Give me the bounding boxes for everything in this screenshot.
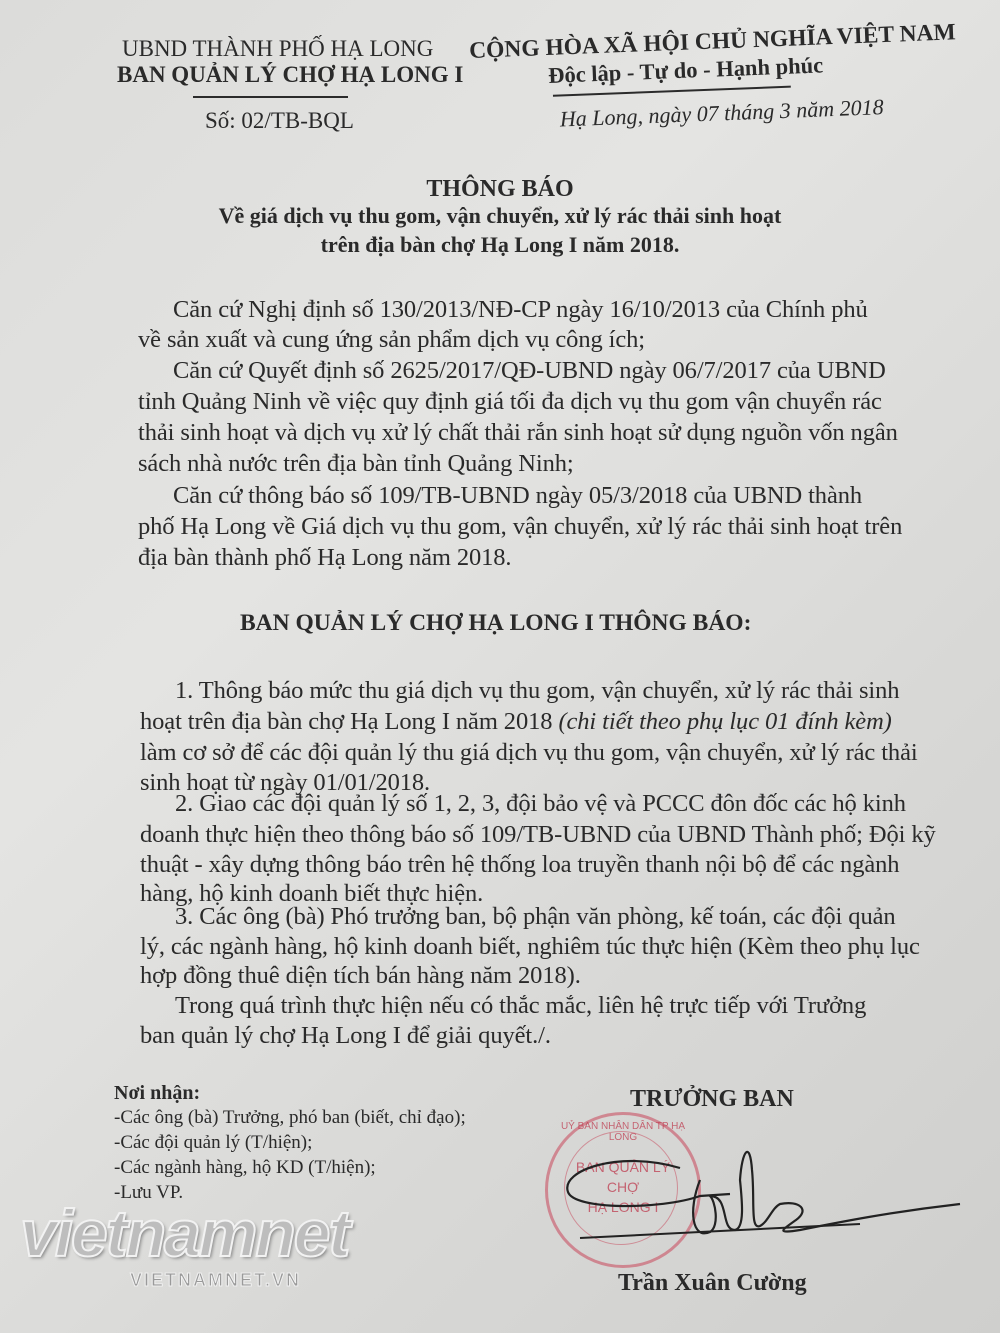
signer-name: Trần Xuân Cường (618, 1270, 807, 1297)
issuing-authority: UBND THÀNH PHỐ HẠ LONG (122, 36, 433, 62)
preamble-2-line3: thải sinh hoạt và dịch vụ xử lý chất thả… (138, 419, 898, 447)
item3-line2: lý, các ngành hàng, hộ kinh doanh biết, … (140, 933, 920, 961)
handwritten-signature (560, 1130, 1000, 1250)
closing-line1: Trong quá trình thực hiện nếu có thắc mắ… (175, 992, 866, 1020)
announcement-heading: BAN QUẢN LÝ CHỢ HẠ LONG I THÔNG BÁO: (240, 610, 751, 637)
vietnamnet-watermark-url: VIETNAMNET.VN (130, 1270, 301, 1291)
item1-appendix-note: (chi tiết theo phụ lục 01 đính kèm) (558, 708, 891, 735)
item1-line3: làm cơ sở để các đội quản lý thu giá dịc… (140, 739, 918, 767)
issuing-organization: BAN QUẢN LÝ CHỢ HẠ LONG I (117, 62, 463, 88)
preamble-3-line2: phố Hạ Long về Giá dịch vụ thu gom, vận … (138, 513, 902, 541)
item1-line2: hoạt trên địa bàn chợ Hạ Long I năm 2018… (140, 708, 892, 736)
document-subtitle-line2: trên địa bàn chợ Hạ Long I năm 2018. (0, 232, 1000, 258)
recipient-item: -Các đội quản lý (T/hiện); (114, 1132, 312, 1154)
item3-line1: 3. Các ông (bà) Phó trưởng ban, bộ phận … (175, 903, 896, 931)
place-date: Hạ Long, ngày 07 tháng 3 năm 2018 (559, 94, 884, 132)
recipient-item: -Các ông (bà) Trưởng, phó ban (biết, chỉ… (114, 1107, 466, 1129)
signer-position: TRƯỞNG BAN (630, 1086, 794, 1113)
recipient-item: -Các ngành hàng, hộ KD (T/hiện); (114, 1157, 376, 1179)
document-title: THÔNG BÁO (0, 176, 1000, 203)
document-number: Số: 02/TB-BQL (205, 108, 354, 134)
item1-line1: 1. Thông báo mức thu giá dịch vụ thu gom… (175, 677, 899, 705)
item1-line2-text: hoạt trên địa bàn chợ Hạ Long I năm 2018 (140, 708, 558, 735)
preamble-2-line2: tỉnh Quảng Ninh về việc quy định giá tối… (138, 388, 882, 416)
preamble-3-line3: địa bàn thành phố Hạ Long năm 2018. (138, 544, 511, 572)
header-left-rule (193, 96, 348, 98)
recipients-label: Nơi nhận: (114, 1082, 200, 1105)
vietnamnet-watermark-logo: vietnamnet (20, 1195, 348, 1271)
preamble-2-line1: Căn cứ Quyết định số 2625/2017/QĐ-UBND n… (173, 357, 886, 385)
item2-line1: 2. Giao các đội quản lý số 1, 2, 3, đội … (175, 790, 906, 818)
preamble-1-line1: Căn cứ Nghị định số 130/2013/NĐ-CP ngày … (173, 296, 868, 324)
preamble-2-line4: sách nhà nước trên địa bàn tỉnh Quảng Ni… (138, 450, 574, 478)
item2-line2: doanh thực hiện theo thông báo số 109/TB… (140, 821, 936, 849)
item3-line3: hợp đồng thuê diện tích bán hàng năm 201… (140, 962, 581, 990)
preamble-1-line2: về sản xuất và cung ứng sản phẩm dịch vụ… (138, 326, 645, 354)
document-subtitle-line1: Về giá dịch vụ thu gom, vận chuyển, xử l… (0, 203, 1000, 229)
header-right: CỘNG HÒA XÃ HỘI CHỦ NGHĨA VIỆT NAM Độc l… (468, 2, 952, 140)
document-page: UBND THÀNH PHỐ HẠ LONG BAN QUẢN LÝ CHỢ H… (0, 0, 1000, 1333)
item2-line3: thuật - xây dựng thông báo trên hệ thống… (140, 851, 899, 879)
preamble-3-line1: Căn cứ thông báo số 109/TB-UBND ngày 05/… (173, 482, 862, 510)
closing-line2: ban quản lý chợ Hạ Long I để giải quyết.… (140, 1022, 551, 1050)
